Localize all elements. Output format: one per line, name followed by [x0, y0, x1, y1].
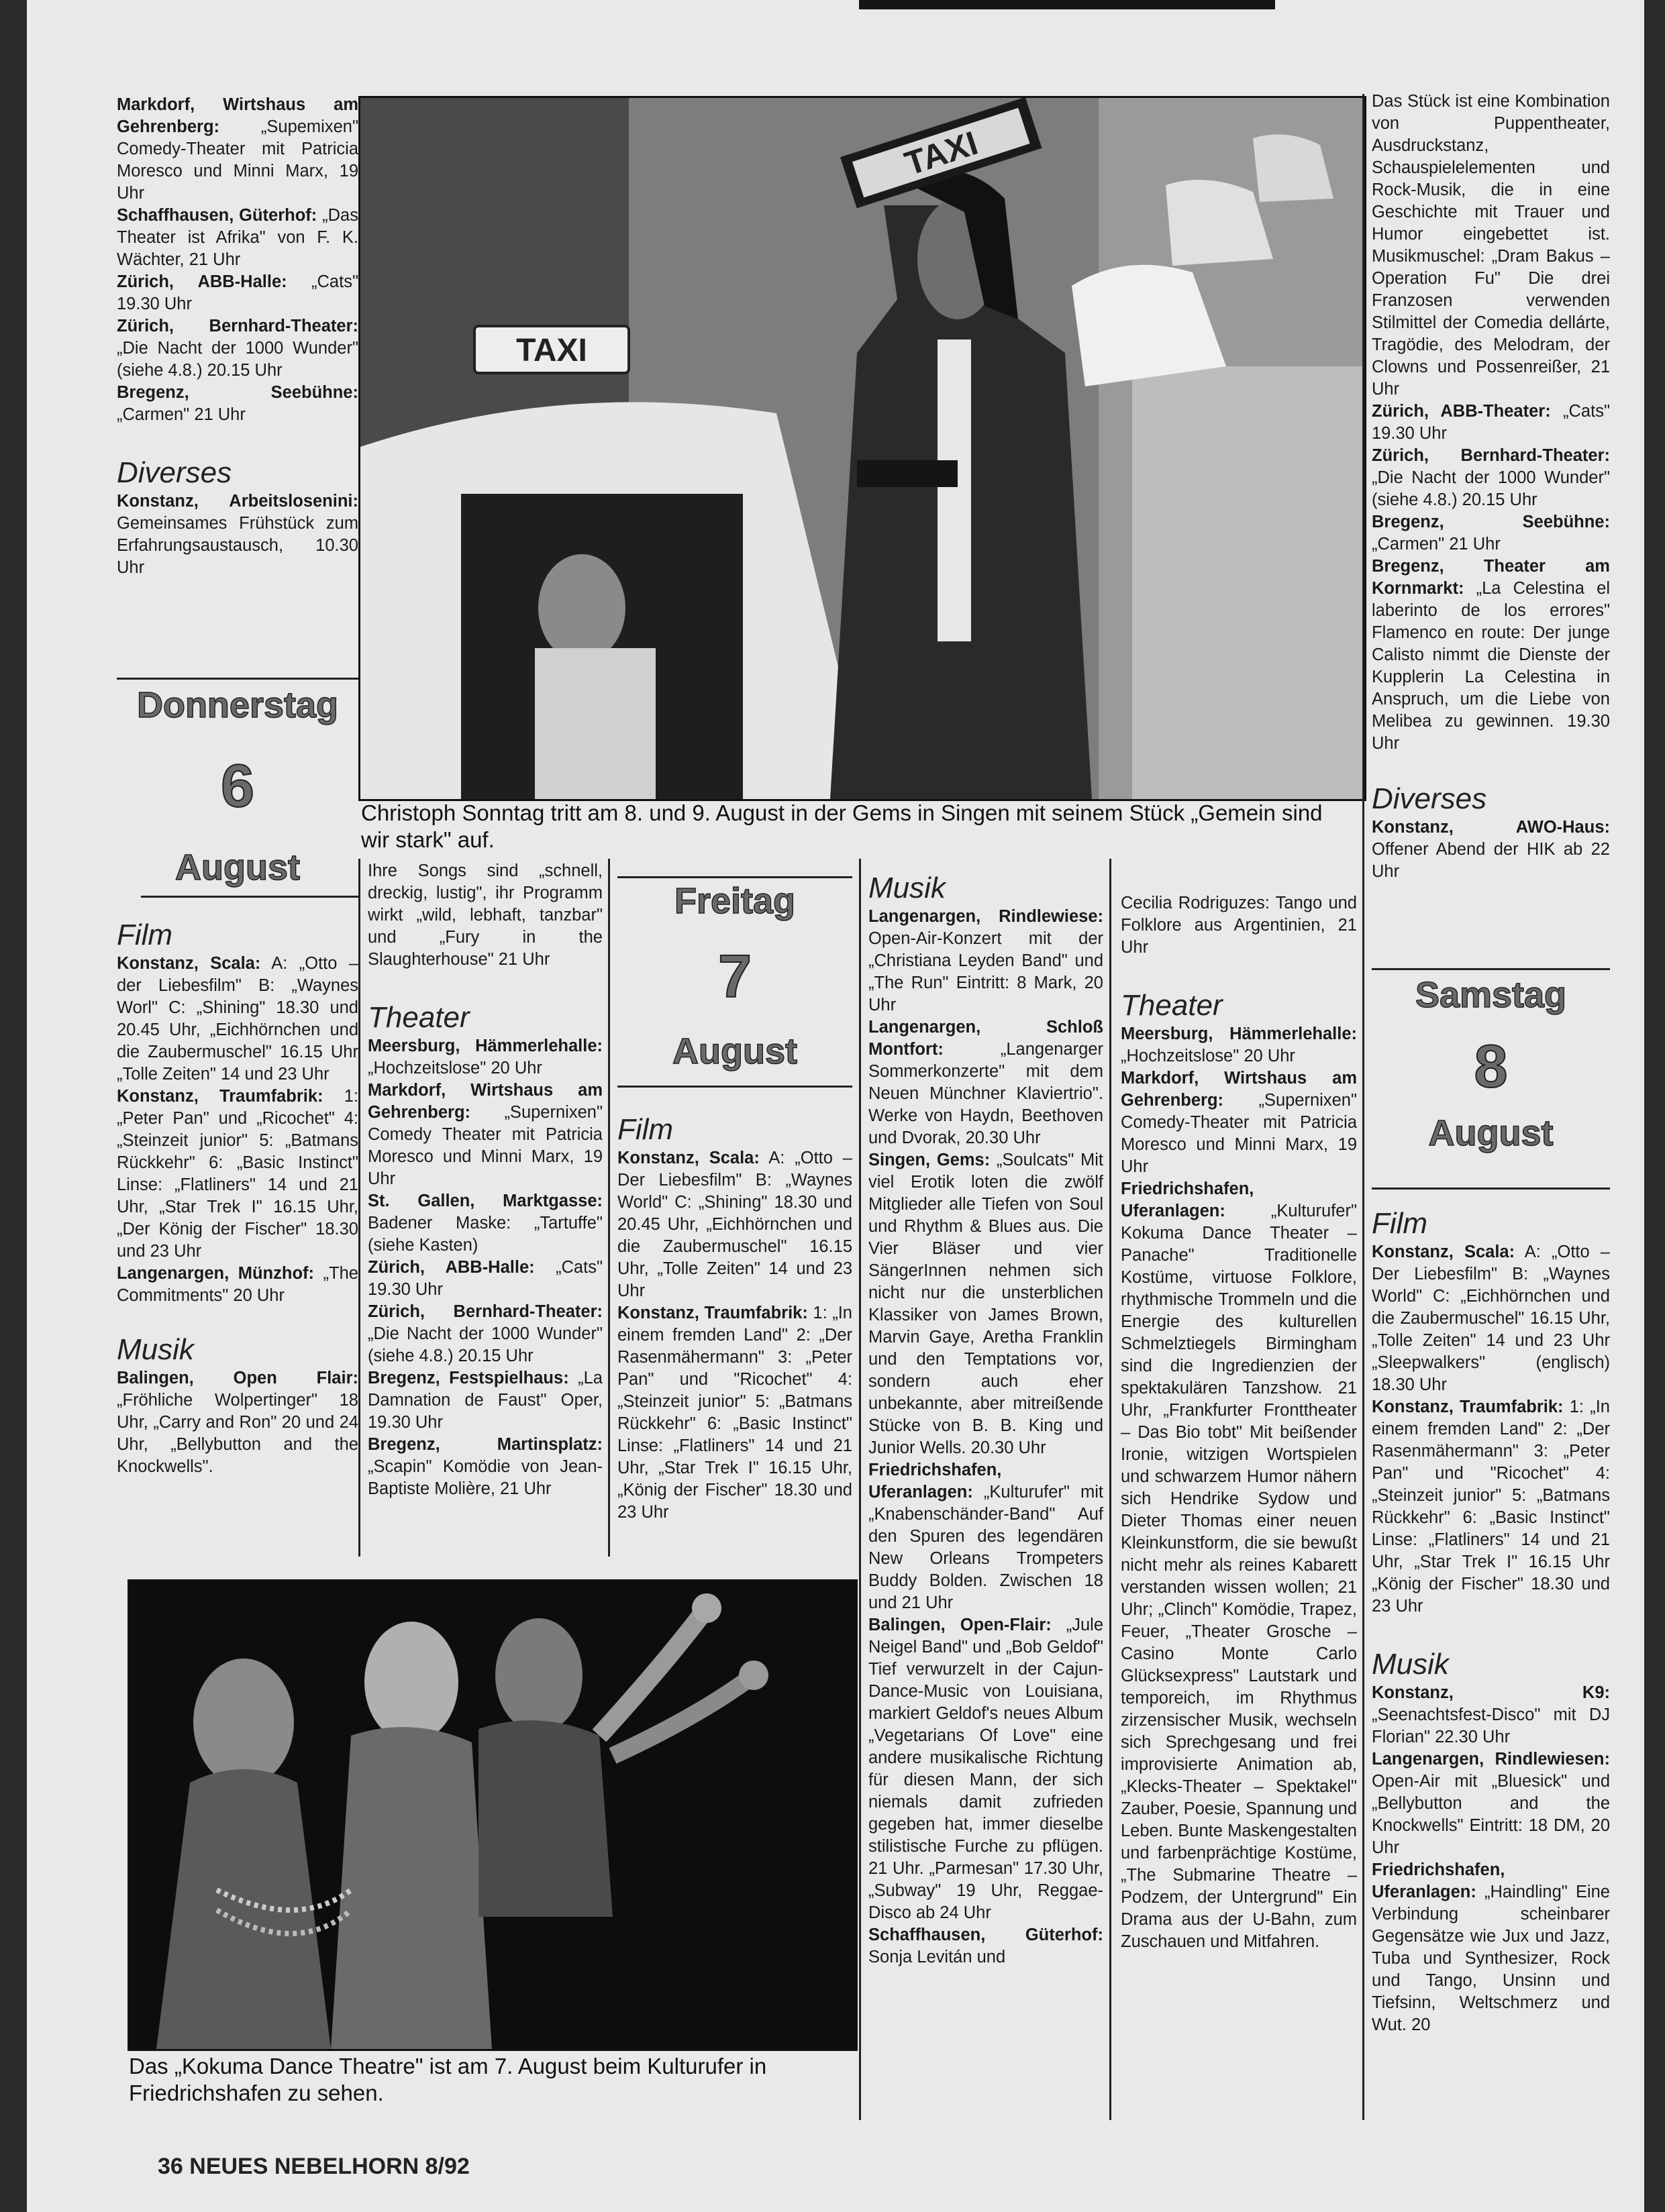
column-4: Musik Langenargen, Rindlewiese: Open-Air… — [868, 872, 1103, 1968]
listing-entry: Zürich, Bernhard-Theater: „Die Nacht der… — [368, 1301, 603, 1367]
listing-entry: Balingen, Open-Flair: „Jule Neigel Band"… — [868, 1614, 1103, 1924]
photo-caption-top: Christoph Sonntag tritt am 8. und 9. Aug… — [361, 800, 1354, 853]
listing-entry: Langenargen, Münzhof: „The Commitments" … — [117, 1263, 358, 1307]
listing-entry: Zürich, ABB-Halle: „Cats" 19.30 Uhr — [368, 1257, 603, 1301]
divider — [617, 1086, 852, 1088]
taxi-photo-illustration: TAXI TAXI — [360, 98, 1364, 799]
magazine-page: Markdorf, Wirtshaus am Gehrenberg: „Supe… — [27, 0, 1644, 2212]
month-label: August — [1372, 1112, 1610, 1154]
listing-entry: Friedrichshafen, Uferanlagen: „Haindling… — [1372, 1859, 1610, 2036]
photo-taxi-street: TAXI TAXI — [358, 96, 1366, 801]
listing-entry: Zürich, Bernhard-Theater: „Die Nacht der… — [1372, 445, 1610, 511]
divider — [617, 876, 852, 878]
section-heading-diverses: Diverses — [1372, 783, 1610, 815]
section-heading-musik: Musik — [117, 1334, 358, 1366]
section-heading-theater: Theater — [1121, 990, 1357, 1022]
listing-entry: Bregenz, Seebühne: „Carmen" 21 Uhr — [117, 382, 358, 426]
dancers-photo-illustration — [130, 1581, 856, 2049]
listing-entry: Konstanz, Traumfabrik: 1: „In einem frem… — [617, 1302, 852, 1524]
listing-entry: Zürich, ABB-Theater: „Cats" 19.30 Uhr — [1372, 401, 1610, 445]
listing-entry: Langenargen, Schloß Montfort: „Langenarg… — [868, 1016, 1103, 1149]
listing-entry: Balingen, Open Flair: „Fröhliche Wolpert… — [117, 1367, 358, 1478]
day-header-friday: Freitag 7 August — [617, 880, 852, 1072]
section-heading-musik: Musik — [868, 872, 1103, 904]
listing-entry: Bregenz, Martinsplatz: „Scapin" Komödie … — [368, 1434, 603, 1500]
photo-dancers — [128, 1579, 858, 2051]
top-edge-bar — [859, 0, 1275, 9]
day-header-saturday: Samstag 8 August — [1372, 974, 1610, 1154]
column-6-lower: Film Konstanz, Scala: A: „Otto – Der Lie… — [1372, 1208, 1610, 2036]
listing-entry: Konstanz, Traumfabrik: 1: „Peter Pan" un… — [117, 1086, 358, 1263]
listing-entry: Bregenz, Seebühne: „Carmen" 21 Uhr — [1372, 511, 1610, 556]
column-1-lower: Film Konstanz, Scala: A: „Otto – der Lie… — [117, 919, 358, 1478]
section-heading-film: Film — [117, 919, 358, 951]
column-rule — [859, 859, 861, 2120]
divider — [1372, 968, 1610, 970]
section-heading-film: Film — [617, 1114, 852, 1146]
column-rule — [358, 859, 360, 1557]
listing-entry: Konstanz, Scala: A: „Otto – Der Liebesfi… — [1372, 1241, 1610, 1396]
listing-entry: St. Gallen, Marktgasse: Badener Maske: „… — [368, 1190, 603, 1257]
listing-entry: Singen, Gems: „Soulcats" Mit viel Erotik… — [868, 1149, 1103, 1459]
column-rule — [1109, 859, 1111, 2120]
listing-entry: Bregenz, Theater am Kornmarkt: „La Celes… — [1372, 556, 1610, 755]
listing-entry: Konstanz, K9: „Seenachtsfest-Disco" mit … — [1372, 1682, 1610, 1748]
listing-entry: Langenargen, Rindlewiese: Open-Air-Konze… — [868, 906, 1103, 1016]
intro-text: Ihre Songs sind „schnell, dreckig, lusti… — [368, 860, 603, 971]
day-number: 6 — [117, 753, 358, 820]
svg-text:TAXI: TAXI — [516, 333, 587, 368]
listing-entry: Markdorf, Wirtshaus am Gehrenberg: „Supe… — [1121, 1067, 1357, 1178]
listing-entry: Markdorf, Wirtshaus am Gehrenberg: „Supe… — [117, 94, 358, 205]
column-2: Ihre Songs sind „schnell, dreckig, lusti… — [368, 860, 603, 1500]
section-heading-film: Film — [1372, 1208, 1610, 1240]
listing-continued: Das Stück ist eine Kombination von Puppe… — [1372, 91, 1610, 401]
listing-entry: Friedrichshafen, Uferanlagen: „Kulturufe… — [868, 1459, 1103, 1614]
listing-entry: Konstanz, Traumfabrik: 1: „In einem frem… — [1372, 1396, 1610, 1618]
divider — [1372, 1188, 1610, 1190]
divider — [117, 678, 358, 680]
photo-caption-bottom: Das „Kokuma Dance Theatre" ist am 7. Aug… — [129, 2053, 854, 2107]
theater-listings-continued: Markdorf, Wirtshaus am Gehrenberg: „Supe… — [117, 94, 358, 426]
listing-entry: Friedrichshafen, Uferanlagen: „Kulturufe… — [1121, 1178, 1357, 1953]
listing-entry: Bregenz, Festspielhaus: „La Damnation de… — [368, 1367, 603, 1434]
column-rule — [608, 859, 610, 1557]
day-number: 7 — [617, 943, 852, 1010]
listing-entry: Meersburg, Hämmerlehalle: „Hochzeitslose… — [1121, 1023, 1357, 1067]
listing-entry: Konstanz, Scala: A: „Otto – der Liebesfi… — [117, 953, 358, 1086]
listing-continued: Cecilia Rodriguzes: Tango und Folklore a… — [1121, 892, 1357, 959]
month-label: August — [117, 847, 358, 888]
weekday-label: Donnerstag — [117, 684, 358, 726]
page-footer: 36 NEUES NEBELHORN 8/92 — [158, 2154, 470, 2180]
listing-entry: Konstanz, Arbeitslosenini: Gemeinsames F… — [117, 490, 358, 579]
listing-entry: Konstanz, Scala: A: „Otto – Der Liebesfi… — [617, 1147, 852, 1302]
weekday-label: Freitag — [617, 880, 852, 922]
column-rule — [1362, 94, 1364, 2120]
column-1: Markdorf, Wirtshaus am Gehrenberg: „Supe… — [117, 94, 358, 579]
day-number: 8 — [1372, 1033, 1610, 1100]
listing-entry: Zürich, ABB-Halle: „Cats" 19.30 Uhr — [117, 271, 358, 315]
day-header-thursday: Donnerstag 6 August — [117, 684, 358, 888]
listing-entry: Konstanz, AWO-Haus: Offener Abend der HI… — [1372, 817, 1610, 883]
listing-entry: Zürich, Bernhard-Theater: „Die Nacht der… — [117, 315, 358, 382]
listing-entry: Markdorf, Wirtshaus am Gehrenberg: „Supe… — [368, 1079, 603, 1190]
listing-entry: Schaffhausen, Güterhof: Sonja Levitán un… — [868, 1924, 1103, 1968]
section-heading-musik: Musik — [1372, 1648, 1610, 1681]
month-label: August — [617, 1031, 852, 1072]
listing-entry: Meersburg, Hämmerlehalle: „Hochzeitslose… — [368, 1035, 603, 1079]
column-5: Cecilia Rodriguzes: Tango und Folklore a… — [1121, 892, 1357, 1953]
section-heading-theater: Theater — [368, 1002, 603, 1034]
listing-entry: Schaffhausen, Güterhof: „Das Theater ist… — [117, 205, 358, 271]
column-3: Film Konstanz, Scala: A: „Otto – Der Lie… — [617, 1114, 852, 1524]
section-heading-diverses: Diverses — [117, 457, 358, 489]
listing-entry: Langenargen, Rindlewiesen: Open-Air mit … — [1372, 1748, 1610, 1859]
divider — [141, 896, 358, 898]
column-6: Das Stück ist eine Kombination von Puppe… — [1372, 91, 1610, 883]
weekday-label: Samstag — [1372, 974, 1610, 1016]
